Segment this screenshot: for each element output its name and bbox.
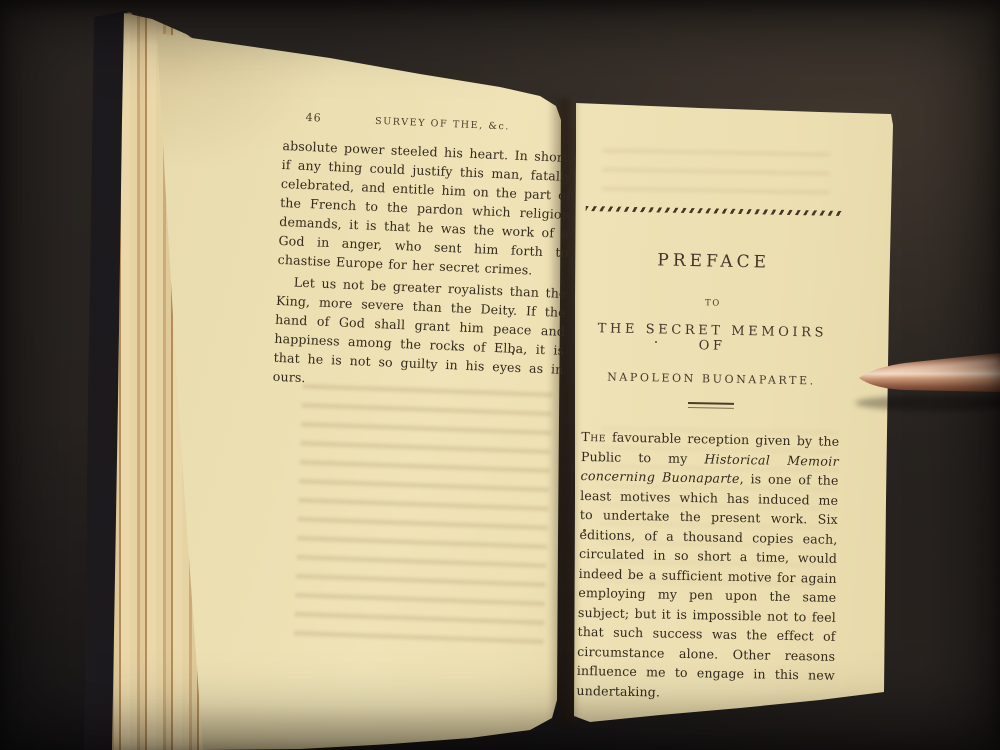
lead-word: The xyxy=(581,429,606,444)
book-photo: 46 SURVEY OF THE, &c. absolute power ste… xyxy=(0,0,1000,750)
page-number: 46 xyxy=(305,111,322,125)
preface-paragraph: The favourable reception given by the Pu… xyxy=(576,427,839,705)
decorative-rope-rule xyxy=(586,206,844,216)
left-paragraph-2: Let us not be greater royalists than the… xyxy=(272,272,567,398)
preface-to: TO xyxy=(584,296,842,311)
preface-title: PREFACE xyxy=(585,249,843,274)
memoirs-title-line: THE SECRET MEMOIRS OF xyxy=(583,321,842,356)
paragraph-text: , is one of the least motives which has … xyxy=(576,471,838,699)
left-paragraph-1: absolute power steeled his heart. In sho… xyxy=(277,136,572,281)
section-rule xyxy=(688,402,734,409)
right-page-content: PREFACE TO THE SECRET MEMOIRS OF NAPOLEO… xyxy=(576,194,844,705)
left-page-content: 46 SURVEY OF THE, &c. absolute power ste… xyxy=(272,110,573,398)
napoleon-title-line: NAPOLEON BUONAPARTE. xyxy=(582,370,840,388)
